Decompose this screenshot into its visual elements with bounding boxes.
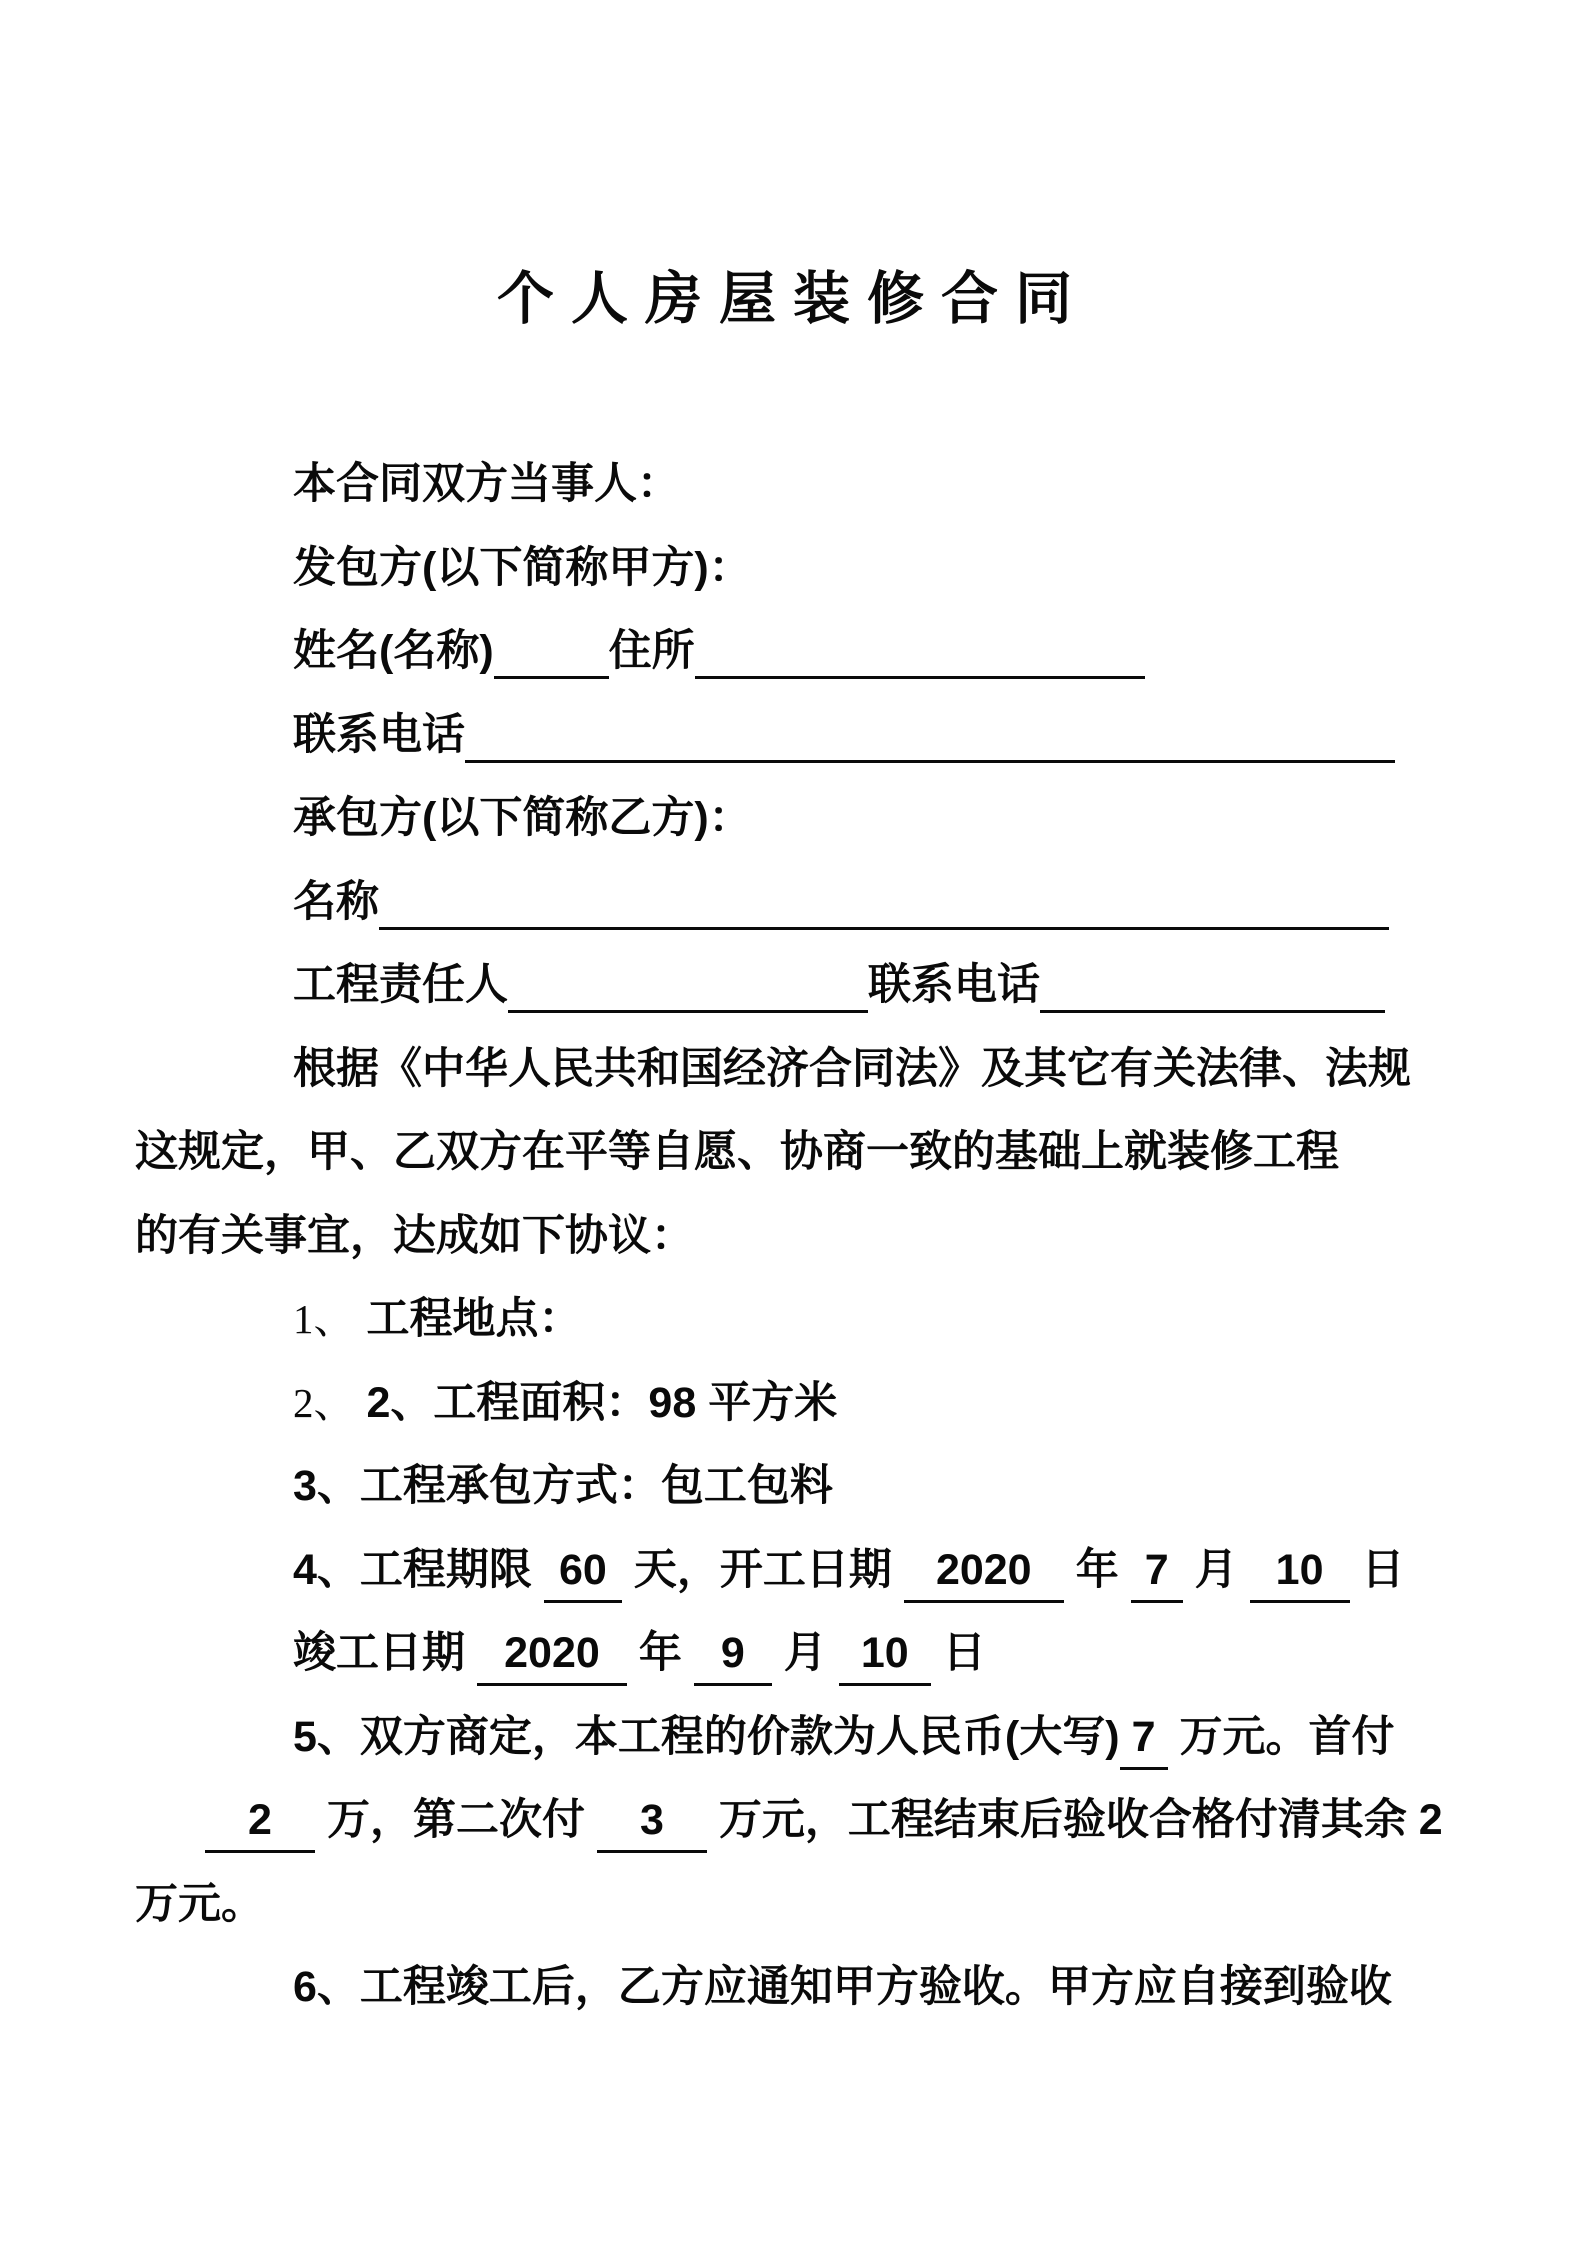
text-run: 6、工程竣工后，乙方应通知甲方验收。甲方应自接到验收 — [293, 1963, 1392, 2011]
text-run: 4、工程期限 — [293, 1546, 544, 1594]
fill-in-blank: 10 — [1250, 1549, 1350, 1603]
document-line: 本合同双方当事人： — [135, 443, 1526, 527]
fill-in-blank: 10 — [839, 1632, 931, 1686]
text-run: 住所 — [609, 627, 695, 675]
fill-in-blank: 2 — [205, 1799, 315, 1853]
fill-in-blank — [465, 749, 1395, 763]
fill-in-blank — [508, 999, 868, 1013]
text-run: 万元。 — [135, 1880, 264, 1928]
document-line: 万元。 — [135, 1863, 1526, 1947]
text-run: 5、双方商定，本工程的价款为人民币(大写) — [293, 1713, 1120, 1761]
fill-in-blank: 2020 — [904, 1549, 1064, 1603]
text-run: 2、工程面积：98 平方米 — [367, 1379, 838, 1427]
document-line: 承包方(以下简称乙方)： — [135, 777, 1526, 861]
list-number: 2、 — [293, 1380, 367, 1426]
document-line: 3、工程承包方式：包工包料 — [135, 1445, 1526, 1529]
text-run: 日 — [931, 1629, 986, 1677]
document-line: 名称 — [135, 861, 1526, 945]
fill-in-blank: 7 — [1120, 1716, 1168, 1770]
document-line: 2 万，第二次付 3 万元，工程结束后验收合格付清其余 2 — [135, 1779, 1526, 1863]
document-title: 个人房屋装修合同 — [0, 0, 1586, 347]
document-line: 联系电话 — [135, 694, 1526, 778]
text-run: 万元。首付 — [1168, 1713, 1395, 1761]
document-line: 1、工程地点： — [135, 1278, 1526, 1362]
document-line: 这规定，甲、乙双方在平等自愿、协商一致的基础上就装修工程 — [135, 1111, 1526, 1195]
text-run: 日 — [1350, 1546, 1405, 1594]
document-line: 5、双方商定，本工程的价款为人民币(大写)7 万元。首付 — [135, 1696, 1526, 1780]
text-run: 根据《中华人民共和国经济合同法》及其它有关法律、法规 — [293, 1045, 1411, 1093]
text-run: 本合同双方当事人： — [293, 460, 680, 508]
fill-in-blank — [1040, 999, 1385, 1013]
document-line: 2、2、工程面积：98 平方米 — [135, 1362, 1526, 1446]
text-run: 工程地点： — [367, 1295, 582, 1343]
fill-in-blank: 3 — [597, 1799, 707, 1853]
text-run: 姓名(名称) — [293, 627, 494, 675]
text-run: 的有关事宜，达成如下协议： — [135, 1212, 694, 1260]
contract-page: 个人房屋装修合同 本合同双方当事人：发包方(以下简称甲方)：姓名(名称)住所联系… — [0, 0, 1586, 2244]
text-run: 联系电话 — [868, 961, 1040, 1009]
text-run: 年 — [1064, 1546, 1131, 1594]
fill-in-blank: 7 — [1131, 1549, 1183, 1603]
fill-in-blank: 60 — [544, 1549, 622, 1603]
document-line: 的有关事宜，达成如下协议： — [135, 1195, 1526, 1279]
document-body: 本合同双方当事人：发包方(以下简称甲方)：姓名(名称)住所联系电话承包方(以下简… — [0, 443, 1586, 2030]
fill-in-blank — [379, 916, 1389, 930]
text-run: 万元，工程结束后验收合格付清其余 2 — [707, 1796, 1443, 1844]
fill-in-blank: 2020 — [477, 1632, 627, 1686]
text-run: 名称 — [293, 878, 379, 926]
fill-in-blank: 9 — [694, 1632, 772, 1686]
text-run: 天，开工日期 — [622, 1546, 904, 1594]
text-run: 年 — [627, 1629, 694, 1677]
text-run: 竣工日期 — [293, 1629, 477, 1677]
document-line: 根据《中华人民共和国经济合同法》及其它有关法律、法规 — [135, 1028, 1526, 1112]
text-run: 万，第二次付 — [315, 1796, 597, 1844]
text-run: 工程责任人 — [293, 961, 508, 1009]
document-line: 竣工日期 2020 年 9 月 10 日 — [135, 1612, 1526, 1696]
document-line: 发包方(以下简称甲方)： — [135, 527, 1526, 611]
fill-in-blank — [494, 665, 609, 679]
fill-in-blank — [695, 665, 1145, 679]
text-run: 月 — [1183, 1546, 1250, 1594]
list-number: 1、 — [293, 1296, 367, 1342]
document-line: 4、工程期限 60 天，开工日期 2020 年 7 月 10 日 — [135, 1529, 1526, 1613]
text-run: 发包方(以下简称甲方)： — [293, 544, 752, 592]
text-run: 承包方(以下简称乙方)： — [293, 794, 752, 842]
text-run: 3、工程承包方式：包工包料 — [293, 1462, 833, 1510]
document-line: 6、工程竣工后，乙方应通知甲方验收。甲方应自接到验收 — [135, 1946, 1526, 2030]
text-run: 这规定，甲、乙双方在平等自愿、协商一致的基础上就装修工程 — [135, 1128, 1339, 1176]
document-line: 工程责任人联系电话 — [135, 944, 1526, 1028]
text-run: 月 — [772, 1629, 839, 1677]
text-run: 联系电话 — [293, 711, 465, 759]
document-line: 姓名(名称)住所 — [135, 610, 1526, 694]
